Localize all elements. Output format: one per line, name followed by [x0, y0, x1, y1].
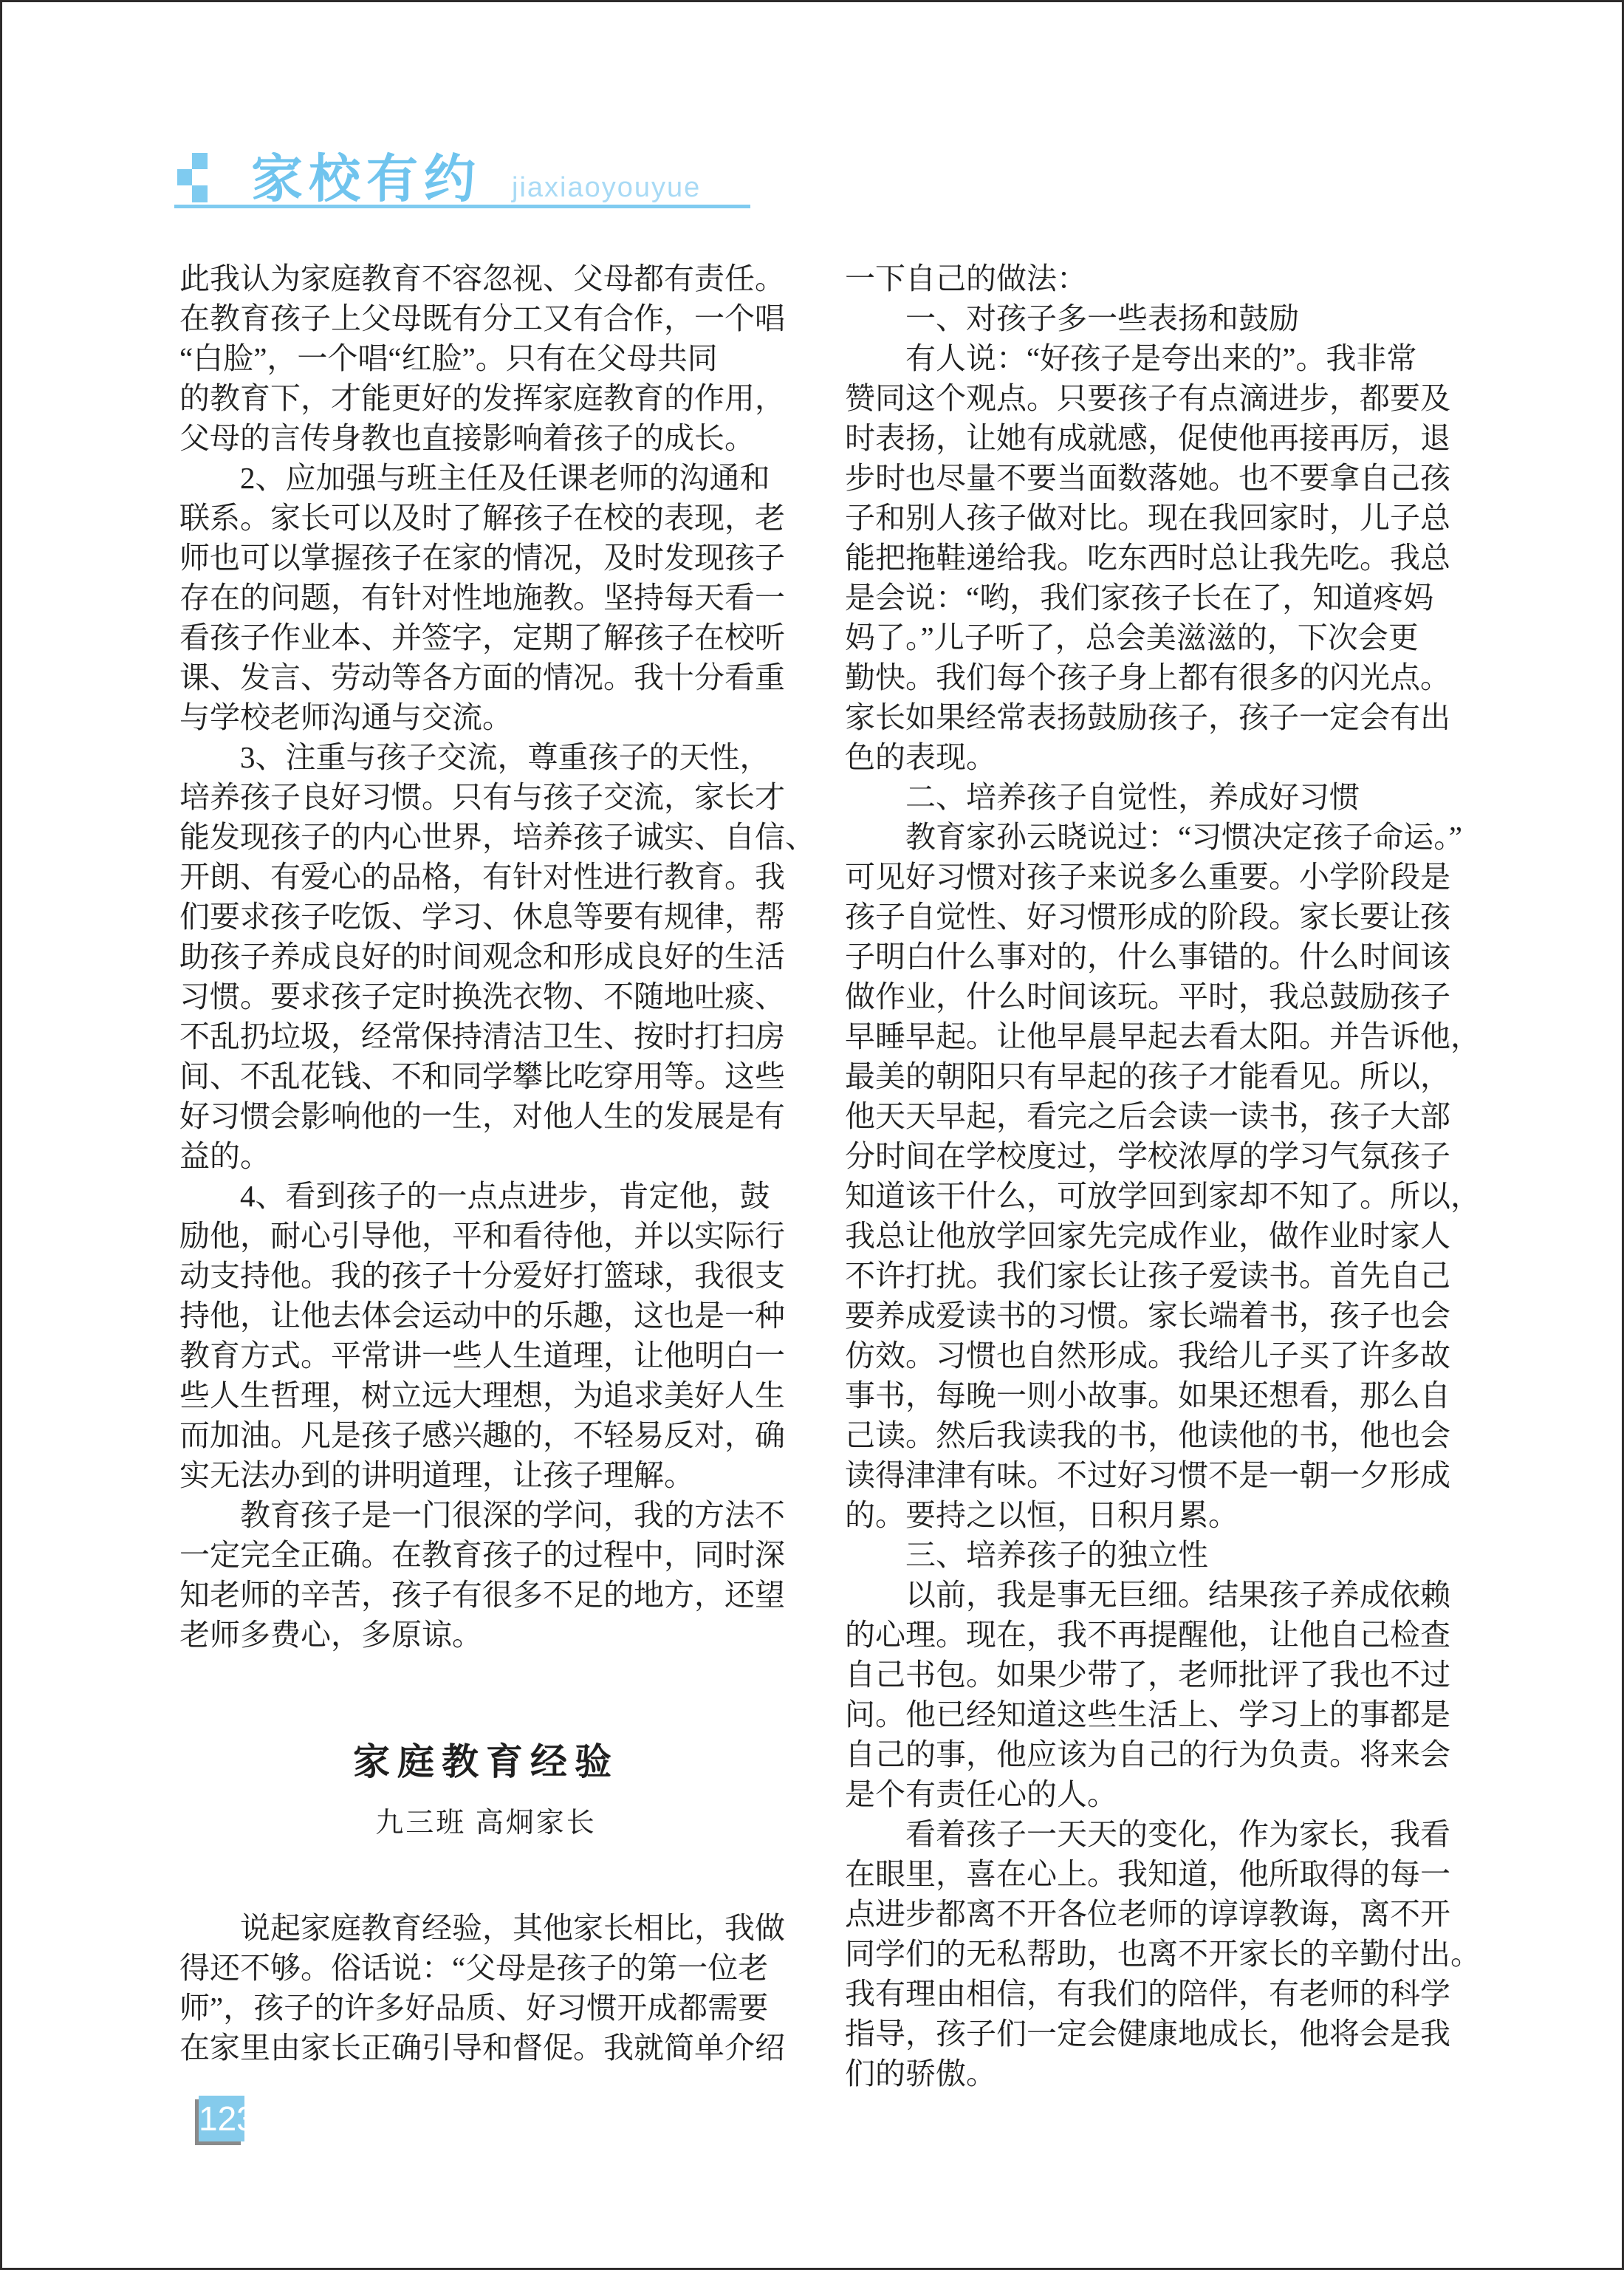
- text-line: 三、培养孩子的独立性: [845, 1535, 1458, 1575]
- article-intro-text: 说起家庭教育经验，其他家长相比，我做得还不够。俗话说：“父母是孩子的第一位老师”…: [179, 1908, 792, 2068]
- text-line: 习惯。要求孩子定时换洗衣物、不随地吐痰、: [179, 977, 792, 1016]
- logo-square-bottom-icon: [192, 185, 208, 202]
- text-line: 不许打扰。我们家长让孩子爱读书。首先自己: [845, 1256, 1458, 1296]
- text-line: 励他，耐心引导他，平和看待他，并以实际行: [179, 1216, 792, 1256]
- text-line: 家长如果经常表扬鼓励孩子，孩子一定会有出: [845, 697, 1458, 737]
- text-line: 实无法办到的讲明道理，让孩子理解。: [179, 1455, 792, 1495]
- text-line: 在家里由家长正确引导和督促。我就简单介绍: [179, 2028, 792, 2068]
- text-line: 师也可以掌握孩子在家的情况，及时发现孩子: [179, 538, 792, 578]
- text-line: 最美的朝阳只有早起的孩子才能看见。所以，: [845, 1056, 1458, 1096]
- text-line: 看着孩子一天天的变化，作为家长，我看: [845, 1814, 1458, 1854]
- text-line: 教育孩子是一门很深的学问，我的方法不: [179, 1495, 792, 1535]
- logo-square-middle-icon: [177, 169, 192, 185]
- text-line: 读得津津有味。不过好习惯不是一朝一夕形成: [845, 1455, 1458, 1495]
- text-line: 的心理。现在，我不再提醒他，让他自己检查: [845, 1615, 1458, 1655]
- text-line: 不乱扔垃圾，经常保持清洁卫生、按时打扫房: [179, 1016, 792, 1056]
- text-line: 做作业，什么时间该玩。平时，我总鼓励孩子: [845, 977, 1458, 1016]
- text-line: 些人生哲理，树立远大理想，为追求美好人生: [179, 1375, 792, 1415]
- text-line: 此我认为家庭教育不容忽视、父母都有责任。: [179, 259, 792, 298]
- text-line: 孩子自觉性、好习惯形成的阶段。家长要让孩: [845, 897, 1458, 937]
- section-header-title: 家校有约: [251, 153, 482, 205]
- text-line: 是会说：“哟，我们家孩子长在了，知道疼妈: [845, 578, 1458, 618]
- text-line: 自己书包。如果少带了，老师批评了我也不过: [845, 1655, 1458, 1695]
- text-line: 好习惯会影响他的一生，对他人生的发展是有: [179, 1096, 792, 1136]
- text-line: 分时间在学校度过，学校浓厚的学习气氛孩子: [845, 1136, 1458, 1176]
- text-line: 培养孩子良好习惯。只有与孩子交流，家长才: [179, 777, 792, 817]
- text-line: 动支持他。我的孩子十分爱好打篮球，我很支: [179, 1256, 792, 1296]
- text-line: 教育家孙云晓说过：“习惯决定孩子命运。”: [845, 817, 1458, 857]
- text-line: 而加油。凡是孩子感兴趣的，不轻易反对，确: [179, 1415, 792, 1455]
- text-line: 2、应加强与班主任及任课老师的沟通和: [179, 458, 792, 498]
- text-line: 师”，孩子的许多好品质、好习惯开成都需要: [179, 1988, 792, 2028]
- text-line: 二、培养孩子自觉性，养成好习惯: [845, 777, 1458, 817]
- checker-squares-logo-icon: [177, 153, 208, 202]
- text-line: 老师多费心，多原谅。: [179, 1615, 792, 1655]
- text-line: 一下自己的做法：: [845, 259, 1458, 298]
- text-line: 子和别人孩子做对比。现在我回家时，儿子总: [845, 498, 1458, 538]
- left-column: 此我认为家庭教育不容忽视、父母都有责任。在教育孩子上父母既有分工又有合作，一个唱…: [179, 259, 792, 1655]
- right-column-text: 一下自己的做法： 一、对孩子多一些表扬和鼓励 有人说：“好孩子是夸出来的”。我非…: [845, 259, 1458, 2093]
- text-line: 自己的事，他应该为自己的行为负责。将来会: [845, 1734, 1458, 1774]
- text-line: 得还不够。俗话说：“父母是孩子的第一位老: [179, 1948, 792, 1988]
- text-line: 知道该干什么，可放学回到家却不知了。所以，: [845, 1176, 1458, 1216]
- text-line: 助孩子养成良好的时间观念和形成良好的生活: [179, 937, 792, 977]
- text-line: 一定完全正确。在教育孩子的过程中，同时深: [179, 1535, 792, 1575]
- text-line: 课、发言、劳动等各方面的情况。我十分看重: [179, 657, 792, 697]
- text-line: 在眼里，喜在心上。我知道，他所取得的每一: [845, 1854, 1458, 1894]
- text-line: 色的表现。: [845, 737, 1458, 777]
- text-line: 们的骄傲。: [845, 2054, 1458, 2093]
- text-line: 我有理由相信，有我们的陪伴，有老师的科学: [845, 1974, 1458, 2014]
- text-line: 4、看到孩子的一点点进步，肯定他，鼓: [179, 1176, 792, 1216]
- text-line: 看孩子作业本、并签字，定期了解孩子在校听: [179, 618, 792, 657]
- text-line: 仿效。习惯也自然形成。我给儿子买了许多故: [845, 1336, 1458, 1375]
- text-line: 的教育下，才能更好的发挥家庭教育的作用，: [179, 378, 792, 418]
- text-line: 步时也尽量不要当面数落她。也不要拿自己孩: [845, 458, 1458, 498]
- text-line: 的。要持之以恒，日积月累。: [845, 1495, 1458, 1535]
- text-line: 妈了。”儿子听了，总会美滋滋的，下次会更: [845, 618, 1458, 657]
- text-line: 早睡早起。让他早晨早起去看太阳。并告诉他，: [845, 1016, 1458, 1056]
- text-line: 勤快。我们每个孩子身上都有很多的闪光点。: [845, 657, 1458, 697]
- article-title: 家庭教育经验: [179, 1740, 792, 1784]
- text-line: 指导，孩子们一定会健康地成长，他将会是我: [845, 2014, 1458, 2054]
- text-line: 问。他已经知道这些生活上、学习上的事都是: [845, 1695, 1458, 1734]
- text-line: 教育方式。平常讲一些人生道理，让他明白一: [179, 1336, 792, 1375]
- text-line: 与学校老师沟通与交流。: [179, 697, 792, 737]
- logo-square-top-icon: [192, 153, 208, 169]
- text-line: 同学们的无私帮助，也离不开家长的辛勤付出。: [845, 1934, 1458, 1974]
- text-line: 己读。然后我读我的书，他读他的书，他也会: [845, 1415, 1458, 1455]
- magazine-page: 家校有约 jiaxiaoyouyue 此我认为家庭教育不容忽视、父母都有责任。在…: [0, 0, 1624, 2270]
- text-line: 持他，让他去体会运动中的乐趣，这也是一种: [179, 1296, 792, 1336]
- text-line: 知老师的辛苦，孩子有很多不足的地方，还望: [179, 1575, 792, 1615]
- page-number-badge: 123: [199, 2096, 244, 2141]
- text-line: 赞同这个观点。只要孩子有点滴进步，都要及: [845, 378, 1458, 418]
- text-line: 在教育孩子上父母既有分工又有合作，一个唱: [179, 298, 792, 338]
- text-line: 时表扬，让她有成就感，促使他再接再厉，退: [845, 418, 1458, 458]
- text-line: 是个有责任心的人。: [845, 1774, 1458, 1814]
- text-line: 一、对孩子多一些表扬和鼓励: [845, 298, 1458, 338]
- text-line: 以前，我是事无巨细。结果孩子养成依赖: [845, 1575, 1458, 1615]
- text-line: 能把拖鞋递给我。吃东西时总让我先吃。我总: [845, 538, 1458, 578]
- text-line: 3、注重与孩子交流，尊重孩子的天性，: [179, 737, 792, 777]
- text-line: 联系。家长可以及时了解孩子在校的表现，老: [179, 498, 792, 538]
- right-column: 一下自己的做法： 一、对孩子多一些表扬和鼓励 有人说：“好孩子是夸出来的”。我非…: [845, 259, 1458, 2093]
- text-line: 点进步都离不开各位老师的谆谆教诲，离不开: [845, 1894, 1458, 1934]
- section-header-pinyin: jiaxiaoyouyue: [512, 173, 701, 202]
- text-line: 有人说：“好孩子是夸出来的”。我非常: [845, 338, 1458, 378]
- text-line: 子明白什么事对的，什么事错的。什么时间该: [845, 937, 1458, 977]
- text-line: 事书，每晚一则小故事。如果还想看，那么自: [845, 1375, 1458, 1415]
- text-line: 存在的问题，有针对性地施教。坚持每天看一: [179, 578, 792, 618]
- text-line: 要养成爱读书的习惯。家长端着书，孩子也会: [845, 1296, 1458, 1336]
- text-line: 父母的言传身教也直接影响着孩子的成长。: [179, 418, 792, 458]
- text-line: 开朗、有爱心的品格，有针对性进行教育。我: [179, 857, 792, 897]
- text-line: 益的。: [179, 1136, 792, 1176]
- text-line: “白脸”，一个唱“红脸”。只有在父母共同: [179, 338, 792, 378]
- text-line: 说起家庭教育经验，其他家长相比，我做: [179, 1908, 792, 1948]
- text-line: 我总让他放学回家先完成作业，做作业时家人: [845, 1216, 1458, 1256]
- left-column-text: 此我认为家庭教育不容忽视、父母都有责任。在教育孩子上父母既有分工又有合作，一个唱…: [179, 259, 792, 1655]
- header-underline: [174, 205, 750, 208]
- article-byline: 九三班 高炯家长: [179, 1805, 792, 1842]
- text-line: 间、不乱花钱、不和同学攀比吃穿用等。这些: [179, 1056, 792, 1096]
- text-line: 能发现孩子的内心世界，培养孩子诚实、自信、: [179, 817, 792, 857]
- text-line: 他天天早起，看完之后会读一读书，孩子大部: [845, 1096, 1458, 1136]
- text-line: 可见好习惯对孩子来说多么重要。小学阶段是: [845, 857, 1458, 897]
- text-line: 们要求孩子吃饭、学习、休息等要有规律，帮: [179, 897, 792, 937]
